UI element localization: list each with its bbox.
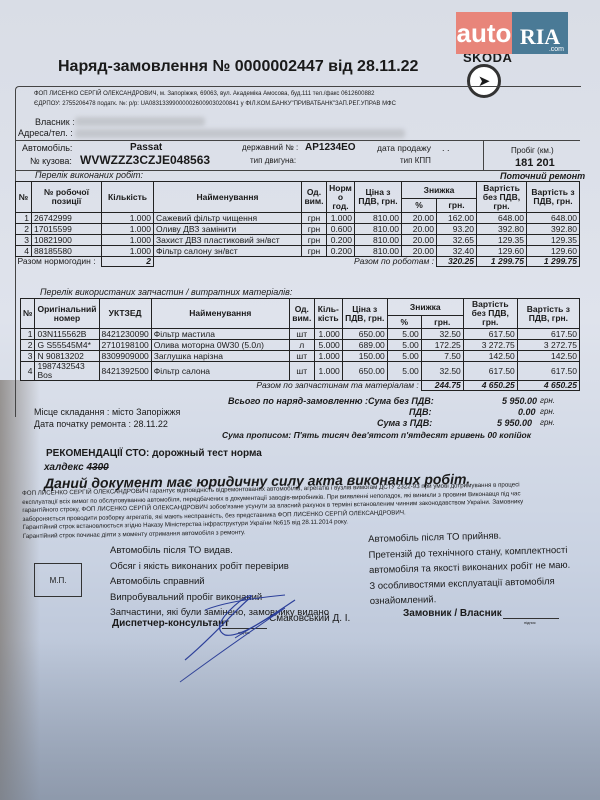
cell-norm: 0.200 [327, 246, 355, 257]
watermark-auto: auto [456, 12, 512, 54]
statement-line: Обсяг і якість виконаних робіт перевірив [110, 559, 329, 575]
cell-price: 810.00 [355, 235, 402, 246]
vat-label: ПДВ: [409, 407, 431, 417]
cell-code: 2710198100 [99, 340, 151, 351]
address-redacted [75, 129, 405, 138]
works-total-no-vat: 1 299.75 [477, 257, 527, 267]
cell-name: Фільтр салону зн/вст [154, 246, 302, 257]
page-title: Наряд-замовлення № 0000002447 від 28.11.… [58, 58, 418, 76]
cell-no_vat: 617.50 [463, 329, 517, 340]
table-row: 2G S55545M4*2710198100Олива моторна 0W30… [21, 340, 580, 351]
address-label: Адреса/тел. : [18, 128, 73, 138]
cell-orig: G S55545M4* [35, 340, 99, 351]
cell-no: 4 [16, 246, 32, 257]
cell-disc_uah: 32.50 [421, 362, 463, 381]
cell-qty: 1.000 [314, 351, 342, 362]
start-date: Дата початку ремонта : 28.11.22 [34, 419, 168, 429]
place-label: Місце складання : місто Запоріжжя [34, 407, 180, 417]
works-section-label: Перелік виконаних робіт: [35, 170, 143, 180]
cell-disc_pct: 5.00 [387, 329, 421, 340]
statement-line: Автомобіль справний [110, 574, 329, 590]
cell-norm: 1.000 [327, 213, 355, 224]
cell-name: Заглушка нарізна [151, 351, 289, 362]
cell-code: 10821900 [32, 235, 102, 246]
cell-name: Сажевий фільтр чищення [154, 213, 302, 224]
car-model: Passat [130, 142, 162, 153]
works-table: № № робочої позиції Кількість Найменуван… [15, 181, 580, 267]
table-row: 41987432543 Bos8421392500Фільтр салонашт… [21, 362, 580, 381]
watermark-ria: RIA.com [512, 12, 568, 54]
cell-qty: 5.000 [314, 340, 342, 351]
cell-orig: N 90813202 [35, 351, 99, 362]
cell-no_vat: 142.50 [463, 351, 517, 362]
plate-label: державний № : [242, 143, 298, 152]
cell-orig: 1987432543 Bos [35, 362, 99, 381]
cell-norm: 0.200 [327, 235, 355, 246]
autoria-watermark: auto RIA.com [456, 12, 568, 54]
cell-qty: 1.000 [102, 235, 154, 246]
cell-price: 810.00 [355, 213, 402, 224]
cell-disc_uah: 7.50 [421, 351, 463, 362]
hours-total-value: 2 [102, 257, 154, 267]
cell-disc_pct: 5.00 [387, 340, 421, 351]
cell-price: 810.00 [355, 246, 402, 257]
cell-unit: грн [302, 213, 327, 224]
cell-no_vat: 3 272.75 [463, 340, 517, 351]
company-line: ФОП ЛИСЕНКО СЕРГІЙ ОЛЕКСАНДРОВИЧ, м. Зап… [34, 91, 374, 97]
cell-code: 8421230090 [99, 329, 151, 340]
cell-orig: 03N115562B [35, 329, 99, 340]
cell-code: 8309909000 [99, 351, 151, 362]
cell-no_vat: 617.50 [463, 362, 517, 381]
cell-no: 1 [16, 213, 32, 224]
cell-disc_uah: 93.20 [437, 224, 477, 235]
cell-with_vat: 392.80 [527, 224, 580, 235]
gearbox-label: тип КПП [400, 156, 431, 165]
cell-unit: шт [289, 351, 314, 362]
cell-code: 88185580 [32, 246, 102, 257]
cell-disc_pct: 5.00 [387, 362, 421, 381]
cell-no: 1 [21, 329, 35, 340]
vat-value: 0.00 [518, 407, 536, 417]
cell-price: 650.00 [342, 362, 387, 381]
vin-value: WVWZZZ3CZJE048563 [80, 153, 210, 167]
cell-with_vat: 617.50 [517, 329, 579, 340]
cell-price: 650.00 [342, 329, 387, 340]
cell-no_vat: 129.60 [477, 246, 527, 257]
cell-with_vat: 129.35 [527, 235, 580, 246]
cell-name: Фільтр мастила [151, 329, 289, 340]
cell-disc_pct: 5.00 [387, 351, 421, 362]
cell-no: 2 [21, 340, 35, 351]
cell-no: 4 [21, 362, 35, 381]
cell-disc_pct: 20.00 [402, 224, 437, 235]
cell-with_vat: 3 272.75 [517, 340, 579, 351]
cell-code: 17015599 [32, 224, 102, 235]
sum-in-words: Сума прописом: П'ять тисяч дев'ятсот п'я… [222, 430, 531, 440]
cell-qty: 1.000 [314, 362, 342, 381]
cell-disc_pct: 20.00 [402, 235, 437, 246]
cell-unit: шт [289, 329, 314, 340]
cell-unit: грн [302, 235, 327, 246]
cell-unit: шт [289, 362, 314, 381]
cell-disc_uah: 162.00 [437, 213, 477, 224]
cell-name: Олива моторна 0W30 (5.0л) [151, 340, 289, 351]
cell-no_vat: 648.00 [477, 213, 527, 224]
works-total-label: Разом по роботам : [154, 257, 437, 267]
cell-with_vat: 129.60 [527, 246, 580, 257]
mileage-value: 181 201 [515, 157, 555, 169]
table-row: 1267429991.000Сажевий фільтр чищеннягрн1… [16, 213, 580, 224]
repair-type: Поточний ремонт [500, 171, 585, 181]
cell-name: Оливу ДВЗ замінити [154, 224, 302, 235]
parts-table: № Оригінальний номер УКТЗЕД Найменування… [20, 298, 580, 391]
cell-unit: грн [302, 224, 327, 235]
cell-name: Фільтр салона [151, 362, 289, 381]
cell-with_vat: 648.00 [527, 213, 580, 224]
cell-code: 8421392500 [99, 362, 151, 381]
cell-disc_uah: 32.40 [437, 246, 477, 257]
cell-price: 150.00 [342, 351, 387, 362]
customer-signature-line [503, 618, 559, 619]
cell-disc_uah: 32.50 [421, 329, 463, 340]
cell-qty: 1.000 [102, 224, 154, 235]
cell-qty: 1.000 [314, 329, 342, 340]
recommendations-line: РЕКОМЕНДАЦІЇ СТО: дорожный тест норма [46, 448, 262, 459]
bank-line: ЄДРПОУ: 2755206478 податк. №: р/р: UA083… [34, 101, 396, 107]
sum-no-vat-value: 5 950.00 [502, 396, 537, 406]
owner-label: Власник : [35, 117, 75, 127]
cell-code: 26742999 [32, 213, 102, 224]
grand-total-label: Всього по наряд-замовленню : [228, 396, 368, 406]
statement-line: Автомобіль після ТО видав. [110, 543, 329, 559]
sale-date-label: дата продажу [377, 143, 431, 153]
mileage-label: Пробіг (км.) [511, 146, 554, 155]
parts-total-label: Разом по запчастинам та матеріалам : [21, 381, 422, 391]
receiver-statement: Автомобіль після ТО прийняв.Претензій до… [368, 527, 571, 610]
works-total-with-vat: 1 299.75 [527, 257, 580, 267]
parts-total-with-vat: 4 650.25 [517, 381, 579, 391]
parts-total-no-vat: 4 650.25 [463, 381, 517, 391]
cell-no_vat: 129.35 [477, 235, 527, 246]
cell-qty: 1.000 [102, 246, 154, 257]
cell-disc_uah: 32.65 [437, 235, 477, 246]
parts-total-discount: 244.75 [421, 381, 463, 391]
cell-no_vat: 392.80 [477, 224, 527, 235]
sum-no-vat-label: Сума без ПДВ: [368, 396, 434, 406]
table-row: 2170155991.000Оливу ДВЗ замінитигрн0.600… [16, 224, 580, 235]
cell-price: 810.00 [355, 224, 402, 235]
table-row: 103N115562B8421230090Фільтр мастилашт1.0… [21, 329, 580, 340]
cell-unit: грн [302, 246, 327, 257]
works-total-discount: 320.25 [437, 257, 477, 267]
cell-no: 3 [16, 235, 32, 246]
sum-vat-value: 5 950.00 [497, 418, 532, 428]
sum-vat-label: Сума з ПДВ: [377, 418, 432, 428]
plate-number: AP1234EO [305, 142, 356, 153]
table-row: 4881855801.000Фільтр салону зн/встгрн0.2… [16, 246, 580, 257]
engine-label: тип двигуна: [250, 156, 296, 165]
table-row: 3108219001.000Захист ДВЗ пластиковий зн/… [16, 235, 580, 246]
customer-label: Замовник / Власник [403, 608, 502, 619]
cell-unit: л [289, 340, 314, 351]
parts-section-label: Перелік використаних запчастин / витратн… [40, 287, 292, 297]
cell-no: 2 [16, 224, 32, 235]
cell-no: 3 [21, 351, 35, 362]
cell-norm: 0.600 [327, 224, 355, 235]
cell-disc_pct: 20.00 [402, 246, 437, 257]
hours-total-label: Разом нормогодин : [16, 257, 102, 267]
owner-redacted [75, 117, 205, 126]
recommendations-haldex: халдекс 4300 [44, 462, 109, 473]
car-label: Автомобіль: [22, 143, 72, 153]
cell-name: Захист ДВЗ пластиковий зн/вст [154, 235, 302, 246]
cell-qty: 1.000 [102, 213, 154, 224]
stamp-placeholder: М.П. [34, 563, 82, 597]
cell-with_vat: 142.50 [517, 351, 579, 362]
vin-label: № кузова: [30, 156, 72, 166]
sale-date-value: . . [442, 143, 450, 153]
table-row: 3N 908132028309909000Заглушка нарізнашт1… [21, 351, 580, 362]
cell-with_vat: 617.50 [517, 362, 579, 381]
cell-disc_pct: 20.00 [402, 213, 437, 224]
cell-price: 689.00 [342, 340, 387, 351]
cell-disc_uah: 172.25 [421, 340, 463, 351]
